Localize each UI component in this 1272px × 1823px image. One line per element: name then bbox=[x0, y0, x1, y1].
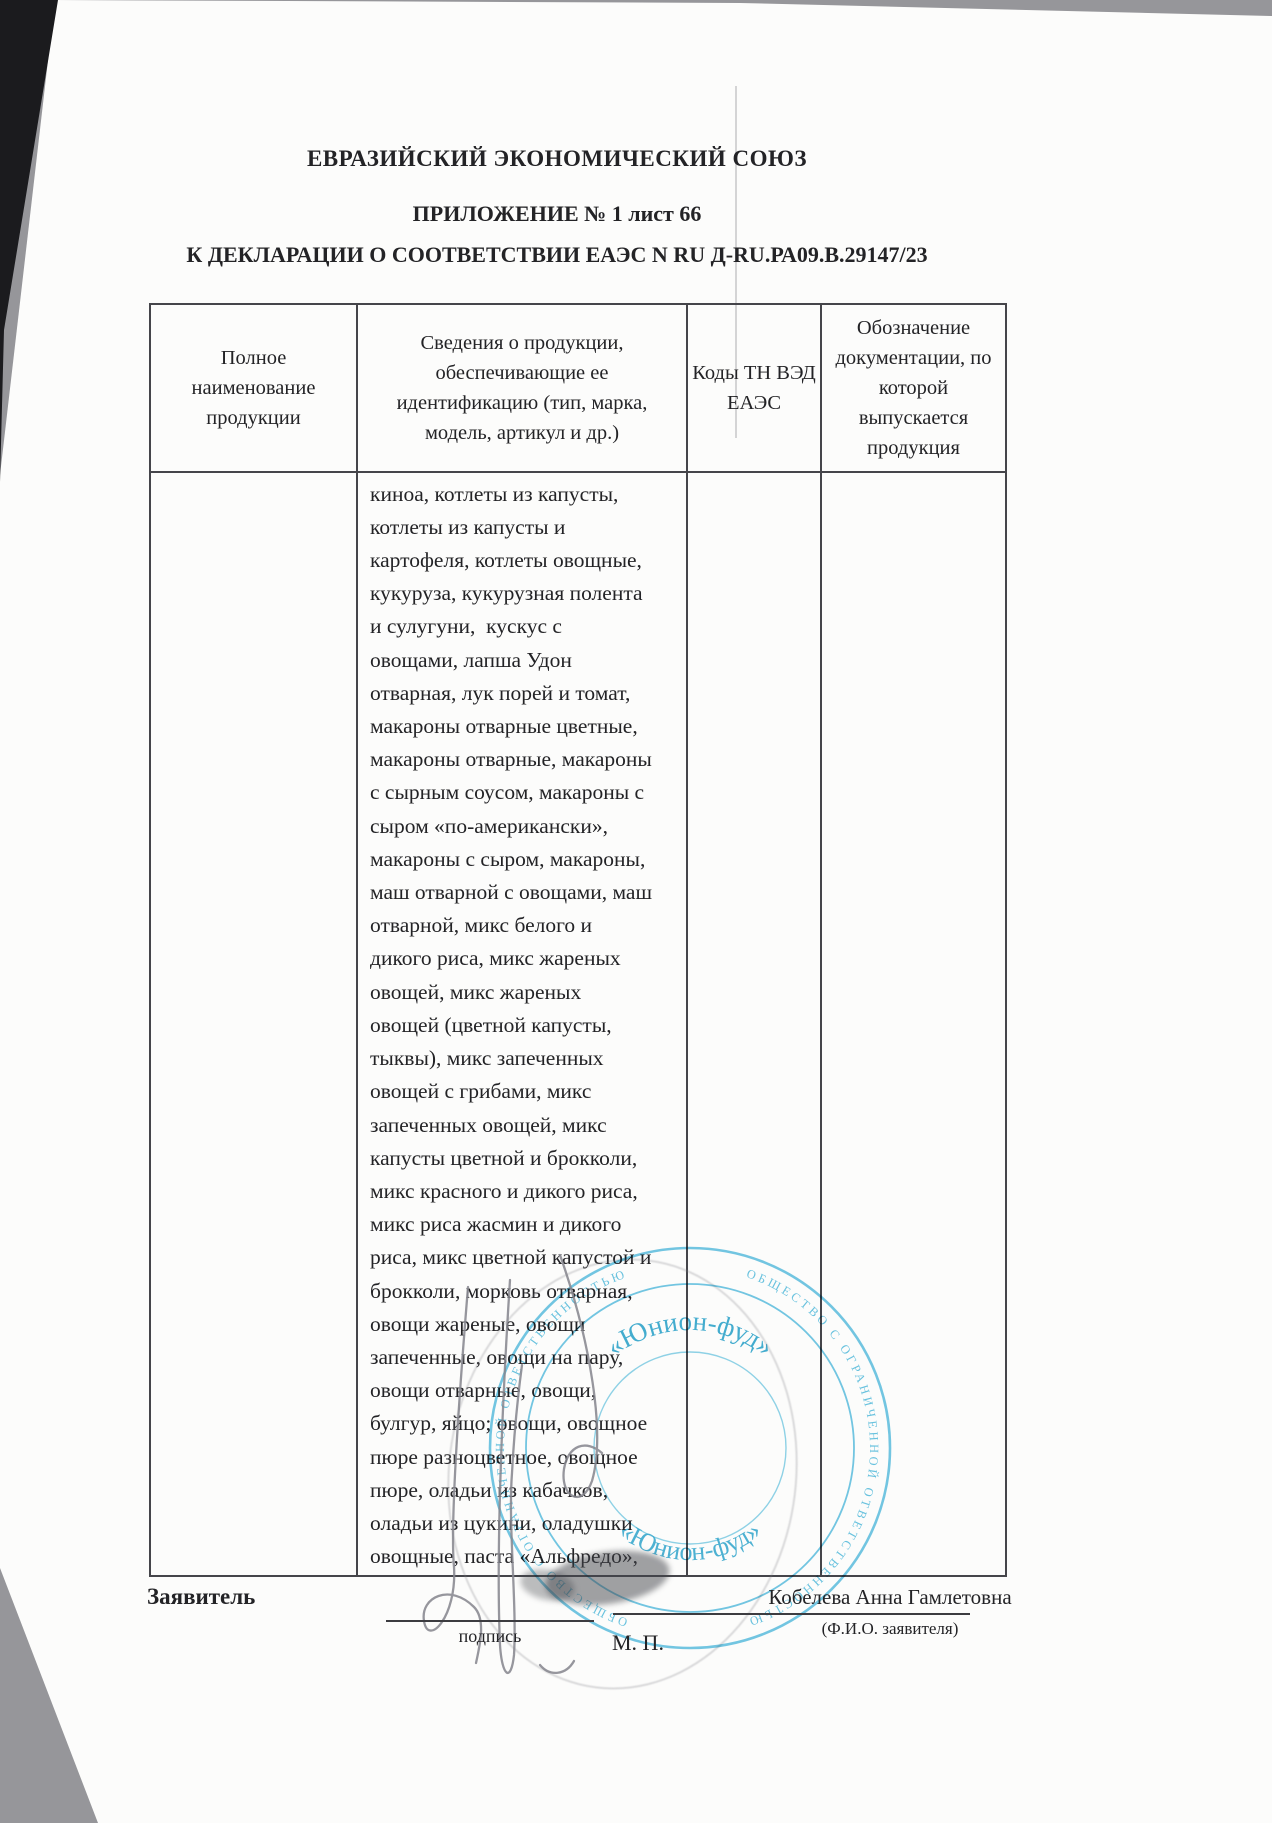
header-tn-ved-codes: Коды ТН ВЭД ЕАЭС bbox=[687, 304, 821, 472]
stamp-ring-text-right: ОБЩЕСТВО С ОГРАНИЧЕННОЙ ОТВЕТСТВЕННОСТЬЮ bbox=[745, 1266, 881, 1629]
table-header-row: Полное наименование продукции Сведения о… bbox=[150, 304, 1006, 472]
scanned-document: ЕВРАЗИЙСКИЙ ЭКОНОМИЧЕСКИЙ СОЮЗ ПРИЛОЖЕНИ… bbox=[0, 0, 1272, 1823]
header-product-details: Сведения о продукции, обеспечивающие ее … bbox=[357, 304, 687, 472]
signature-caption: подпись bbox=[386, 1626, 594, 1647]
declaration-number-line: К ДЕКЛАРАЦИИ О СООТВЕТСТВИИ ЕАЭС N RU Д-… bbox=[128, 242, 986, 268]
header-product-name: Полное наименование продукции bbox=[150, 304, 357, 472]
handwritten-signature bbox=[390, 1225, 720, 1725]
applicant-name-line bbox=[613, 1613, 970, 1615]
applicant-name-caption: (Ф.И.О. заявителя) bbox=[655, 1619, 1125, 1639]
svg-text:ОБЩЕСТВО С ОГРАНИЧЕННОЙ ОТВЕТС: ОБЩЕСТВО С ОГРАНИЧЕННОЙ ОТВЕТСТВЕННОСТЬЮ bbox=[745, 1266, 881, 1629]
signature-line bbox=[386, 1620, 594, 1622]
cell-product-name bbox=[150, 472, 357, 1576]
appendix-line: ПРИЛОЖЕНИЕ № 1 лист 66 bbox=[128, 201, 986, 227]
header-documentation: Обозначение документации, по которой вып… bbox=[821, 304, 1006, 472]
applicant-name: Кобелева Анна Гамлетовна bbox=[655, 1585, 1125, 1610]
applicant-label: Заявитель bbox=[147, 1584, 255, 1610]
union-title: ЕВРАЗИЙСКИЙ ЭКОНОМИЧЕСКИЙ СОЮЗ bbox=[128, 146, 986, 172]
